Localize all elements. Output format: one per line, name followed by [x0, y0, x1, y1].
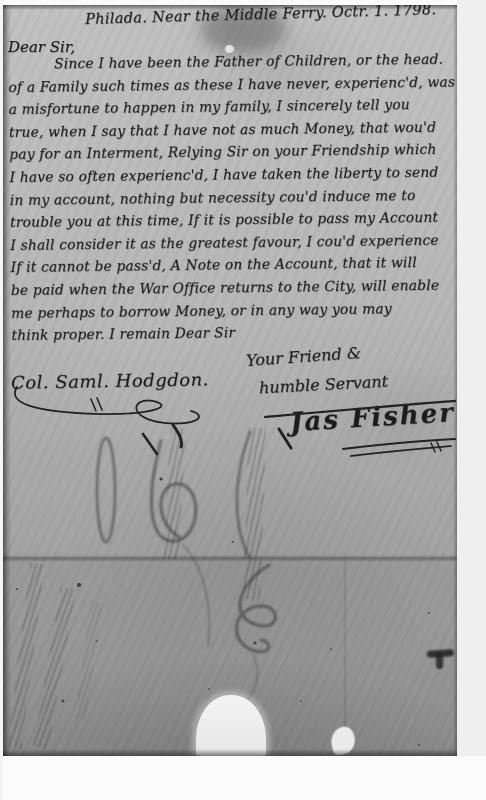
paper-edge-shadow-bottom [3, 749, 457, 756]
scanner-margin-bottom [0, 756, 486, 800]
signature-flourish-strokes [15, 387, 455, 456]
letter-paper: Philada. Near the Middle Ferry. Octr. 1.… [3, 5, 457, 756]
paper-edge-shadow-top [3, 5, 457, 10]
pen-flourishes-and-bleedthrough [3, 5, 457, 756]
scanner-margin-left [0, 0, 3, 800]
paper-edge-shadow-left [3, 5, 11, 756]
scanner-margin-right [457, 0, 486, 800]
bleedthrough-script-marks [97, 432, 275, 705]
scanner-margin-top [0, 0, 486, 5]
scanned-letter-canvas: Philada. Near the Middle Ferry. Octr. 1.… [0, 0, 486, 800]
